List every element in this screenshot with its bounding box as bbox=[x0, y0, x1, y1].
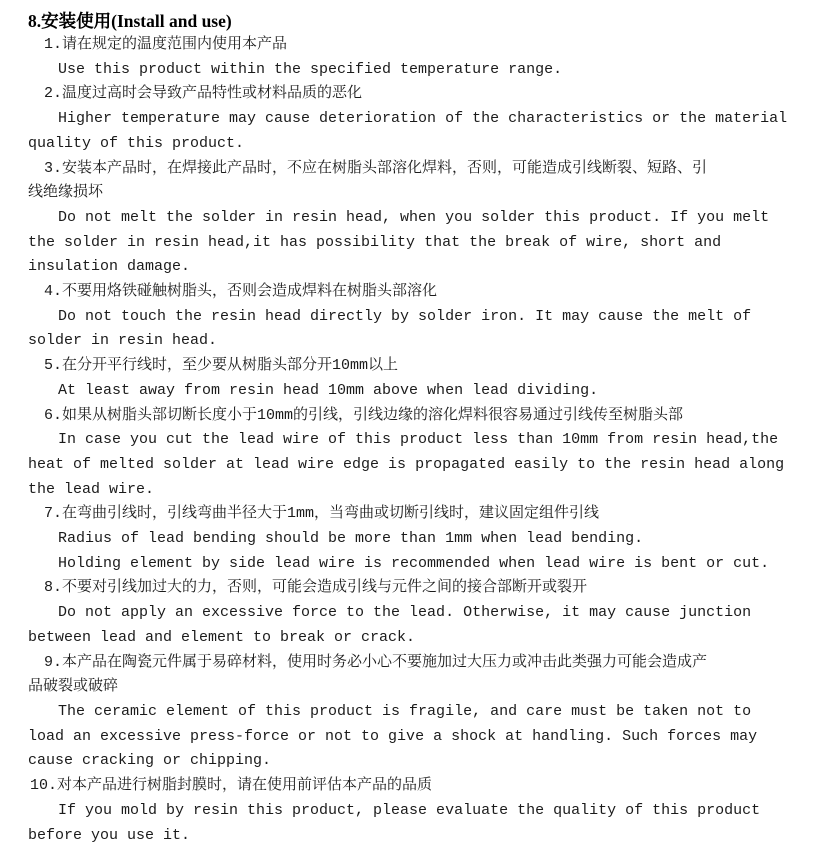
item-6-chinese: 6.如果从树脂头部切断长度小于10mm的引线，引线边缘的溶化焊料很容易通过引线传… bbox=[0, 404, 830, 429]
item-2-chinese: 2.温度过高时会导致产品特性或材料品质的恶化 bbox=[0, 82, 830, 107]
item-4-english: Do not touch the resin head directly by … bbox=[0, 305, 830, 330]
item-3-english-cont-2: insulation damage. bbox=[0, 255, 830, 280]
item-7-chinese: 7.在弯曲引线时，引线弯曲半径大于1mm，当弯曲或切断引线时，建议固定组件引线 bbox=[0, 502, 830, 527]
item-10-english: If you mold by resin this product, pleas… bbox=[0, 799, 830, 824]
item-5-english: At least away from resin head 10mm above… bbox=[0, 379, 830, 404]
item-9-english-cont: load an excessive press-force or not to … bbox=[0, 725, 830, 750]
item-8-english: Do not apply an excessive force to the l… bbox=[0, 601, 830, 626]
item-8-english-cont: between lead and element to break or cra… bbox=[0, 626, 830, 651]
item-4-english-cont: solder in resin head. bbox=[0, 329, 830, 354]
item-3-chinese: 3.安装本产品时，在焊接此产品时，不应在树脂头部溶化焊料，否则，可能造成引线断裂… bbox=[0, 157, 830, 182]
item-2-english-cont: quality of this product. bbox=[0, 132, 830, 157]
item-8-chinese: 8.不要对引线加过大的力，否则，可能会造成引线与元件之间的接合部断开或裂开 bbox=[0, 576, 830, 601]
item-10-english-cont: before you use it. bbox=[0, 824, 830, 849]
item-9-english-cont-2: cause cracking or chipping. bbox=[0, 749, 830, 774]
item-3-chinese-cont: 线绝缘损坏 bbox=[0, 181, 830, 206]
item-6-english: In case you cut the lead wire of this pr… bbox=[0, 428, 830, 453]
item-4-chinese: 4.不要用烙铁碰触树脂头，否则会造成焊料在树脂头部溶化 bbox=[0, 280, 830, 305]
item-6-english-cont: heat of melted solder at lead wire edge … bbox=[0, 453, 830, 478]
item-7-english-2: Holding element by side lead wire is rec… bbox=[0, 552, 830, 577]
item-3-english: Do not melt the solder in resin head, wh… bbox=[0, 206, 830, 231]
install-use-section: 8.安装使用(Install and use) 1.请在规定的温度范围内使用本产… bbox=[0, 0, 830, 848]
item-7-english: Radius of lead bending should be more th… bbox=[0, 527, 830, 552]
item-1-english: Use this product within the specified te… bbox=[0, 58, 830, 83]
item-9-chinese: 9.本产品在陶瓷元件属于易碎材料，使用时务必小心不要施加过大压力或冲击此类强力可… bbox=[0, 651, 830, 676]
item-1-chinese: 1.请在规定的温度范围内使用本产品 bbox=[0, 33, 830, 58]
item-5-chinese: 5.在分开平行线时，至少要从树脂头部分开10mm以上 bbox=[0, 354, 830, 379]
item-9-english: The ceramic element of this product is f… bbox=[0, 700, 830, 725]
item-10-chinese: 10.对本产品进行树脂封膜时，请在使用前评估本产品的品质 bbox=[0, 774, 830, 799]
section-title: 8.安装使用(Install and use) bbox=[0, 9, 830, 33]
document-page: 8.安装使用(Install and use) 1.请在规定的温度范围内使用本产… bbox=[0, 0, 830, 857]
item-9-chinese-cont: 品破裂或破碎 bbox=[0, 675, 830, 700]
item-2-english: Higher temperature may cause deteriorati… bbox=[0, 107, 830, 132]
item-6-english-cont-2: the lead wire. bbox=[0, 478, 830, 503]
item-3-english-cont: the solder in resin head,it has possibil… bbox=[0, 231, 830, 256]
